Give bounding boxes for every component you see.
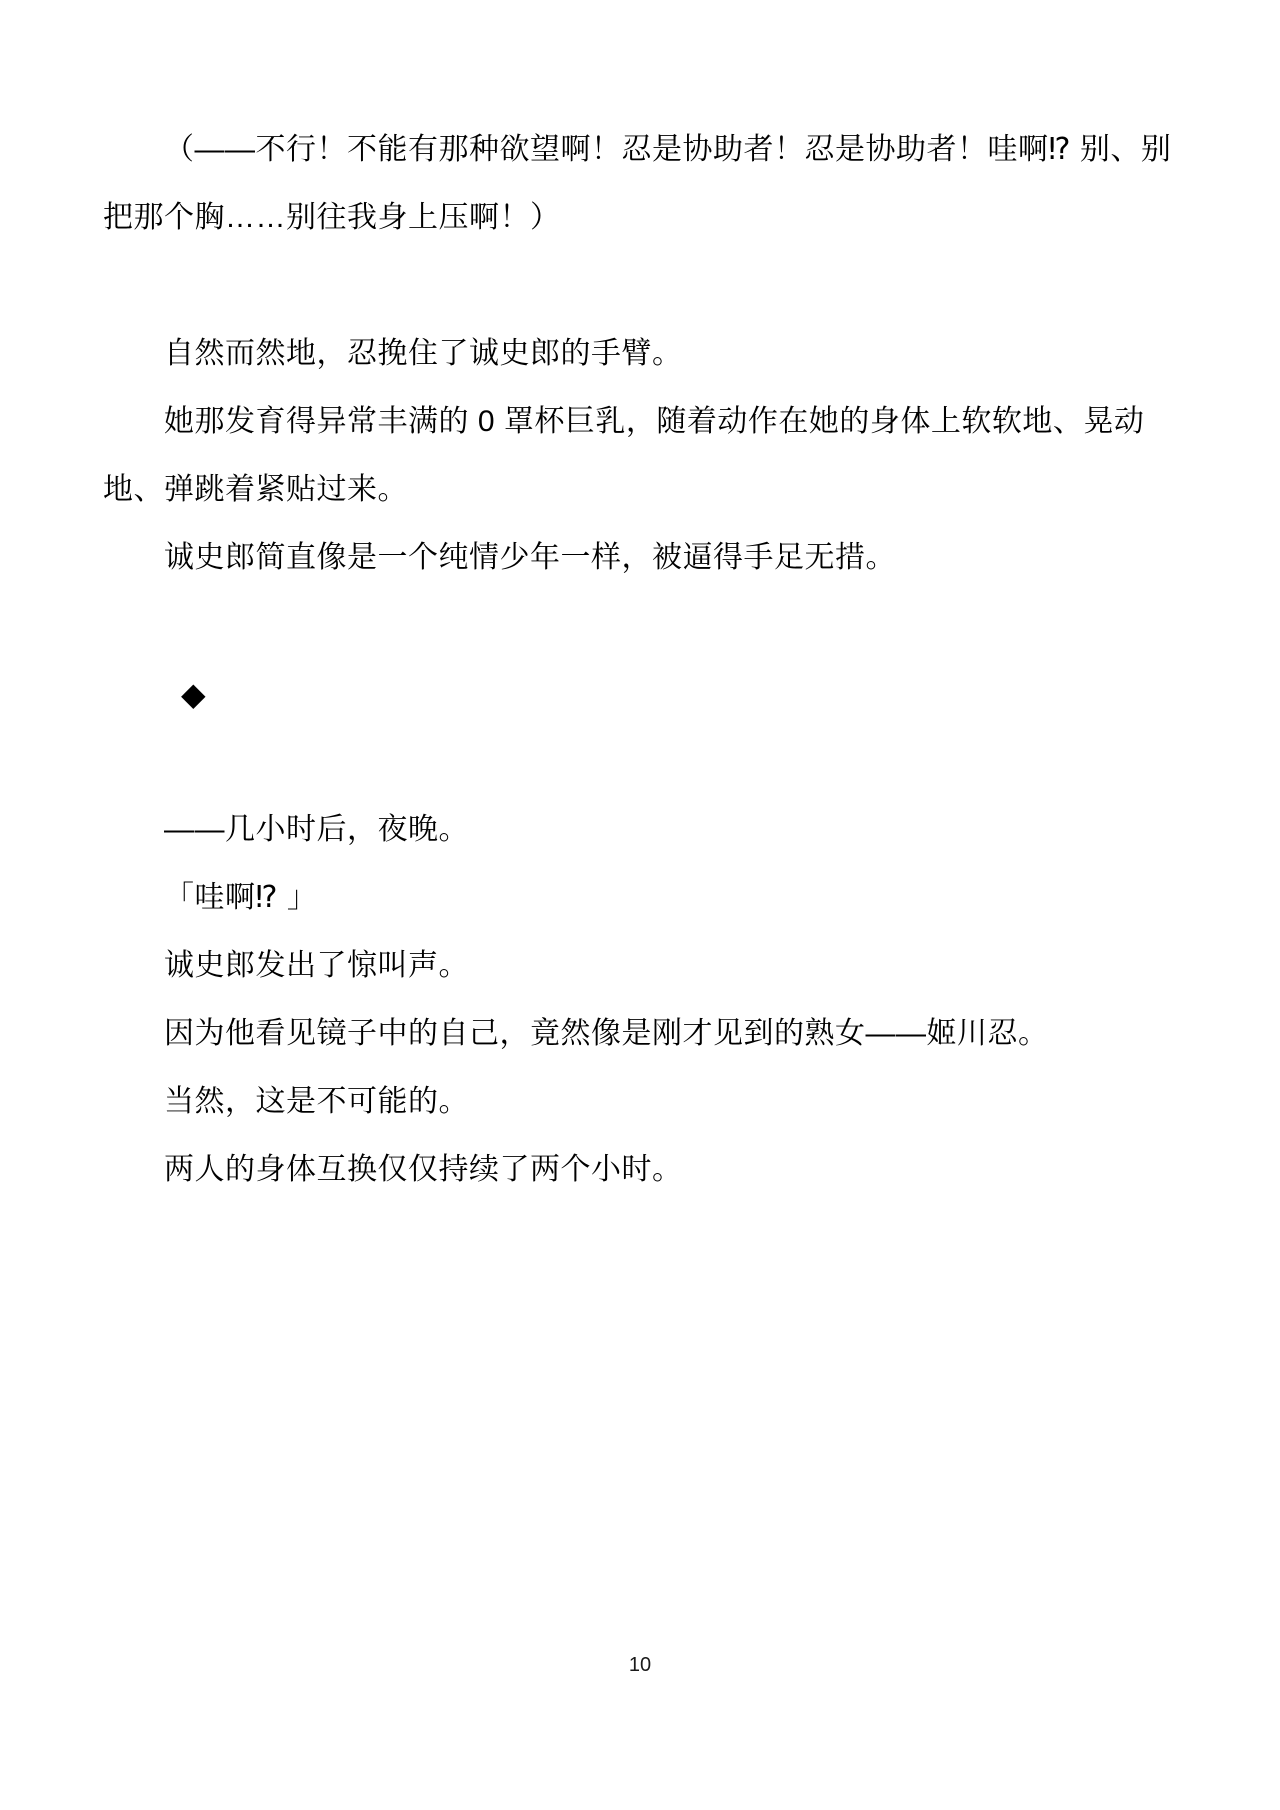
document-page: { "page": { "number": "10", "background_… bbox=[0, 0, 1280, 1810]
section-divider-diamond-icon: ◆ bbox=[103, 660, 1163, 728]
paragraph-line: 当然，这是不可能的。 bbox=[103, 1068, 1163, 1136]
document-text-block: （——不行！不能有那种欲望啊！忍是协助者！忍是协助者！哇啊⁉ 别、别 把那个胸…… bbox=[103, 116, 1163, 1204]
paragraph-line: 两人的身体互换仅仅持续了两个小时。 bbox=[103, 1136, 1163, 1204]
blank-line bbox=[103, 592, 1163, 660]
paragraph-line: 诚史郎简直像是一个纯情少年一样，被逼得手足无措。 bbox=[103, 524, 1163, 592]
paragraph-line: 地、弹跳着紧贴过来。 bbox=[103, 456, 1163, 524]
blank-line bbox=[103, 728, 1163, 796]
paragraph-line: 她那发育得异常丰满的 0 罩杯巨乳，随着动作在她的身体上软软地、晃动 bbox=[103, 388, 1163, 456]
paragraph-line: ——几小时后，夜晚。 bbox=[103, 796, 1163, 864]
page-number: 10 bbox=[0, 1653, 1280, 1677]
paragraph-line: （——不行！不能有那种欲望啊！忍是协助者！忍是协助者！哇啊⁉ 别、别 bbox=[103, 116, 1163, 184]
blank-line bbox=[103, 252, 1163, 320]
paragraph-line: 「哇啊⁉ 」 bbox=[103, 864, 1163, 932]
paragraph-line: 把那个胸……别往我身上压啊！） bbox=[103, 184, 1163, 252]
paragraph-line: 自然而然地，忍挽住了诚史郎的手臂。 bbox=[103, 320, 1163, 388]
paragraph-line: 诚史郎发出了惊叫声。 bbox=[103, 932, 1163, 1000]
paragraph-line: 因为他看见镜子中的自己，竟然像是刚才见到的熟女——姬川忍。 bbox=[103, 1000, 1163, 1068]
